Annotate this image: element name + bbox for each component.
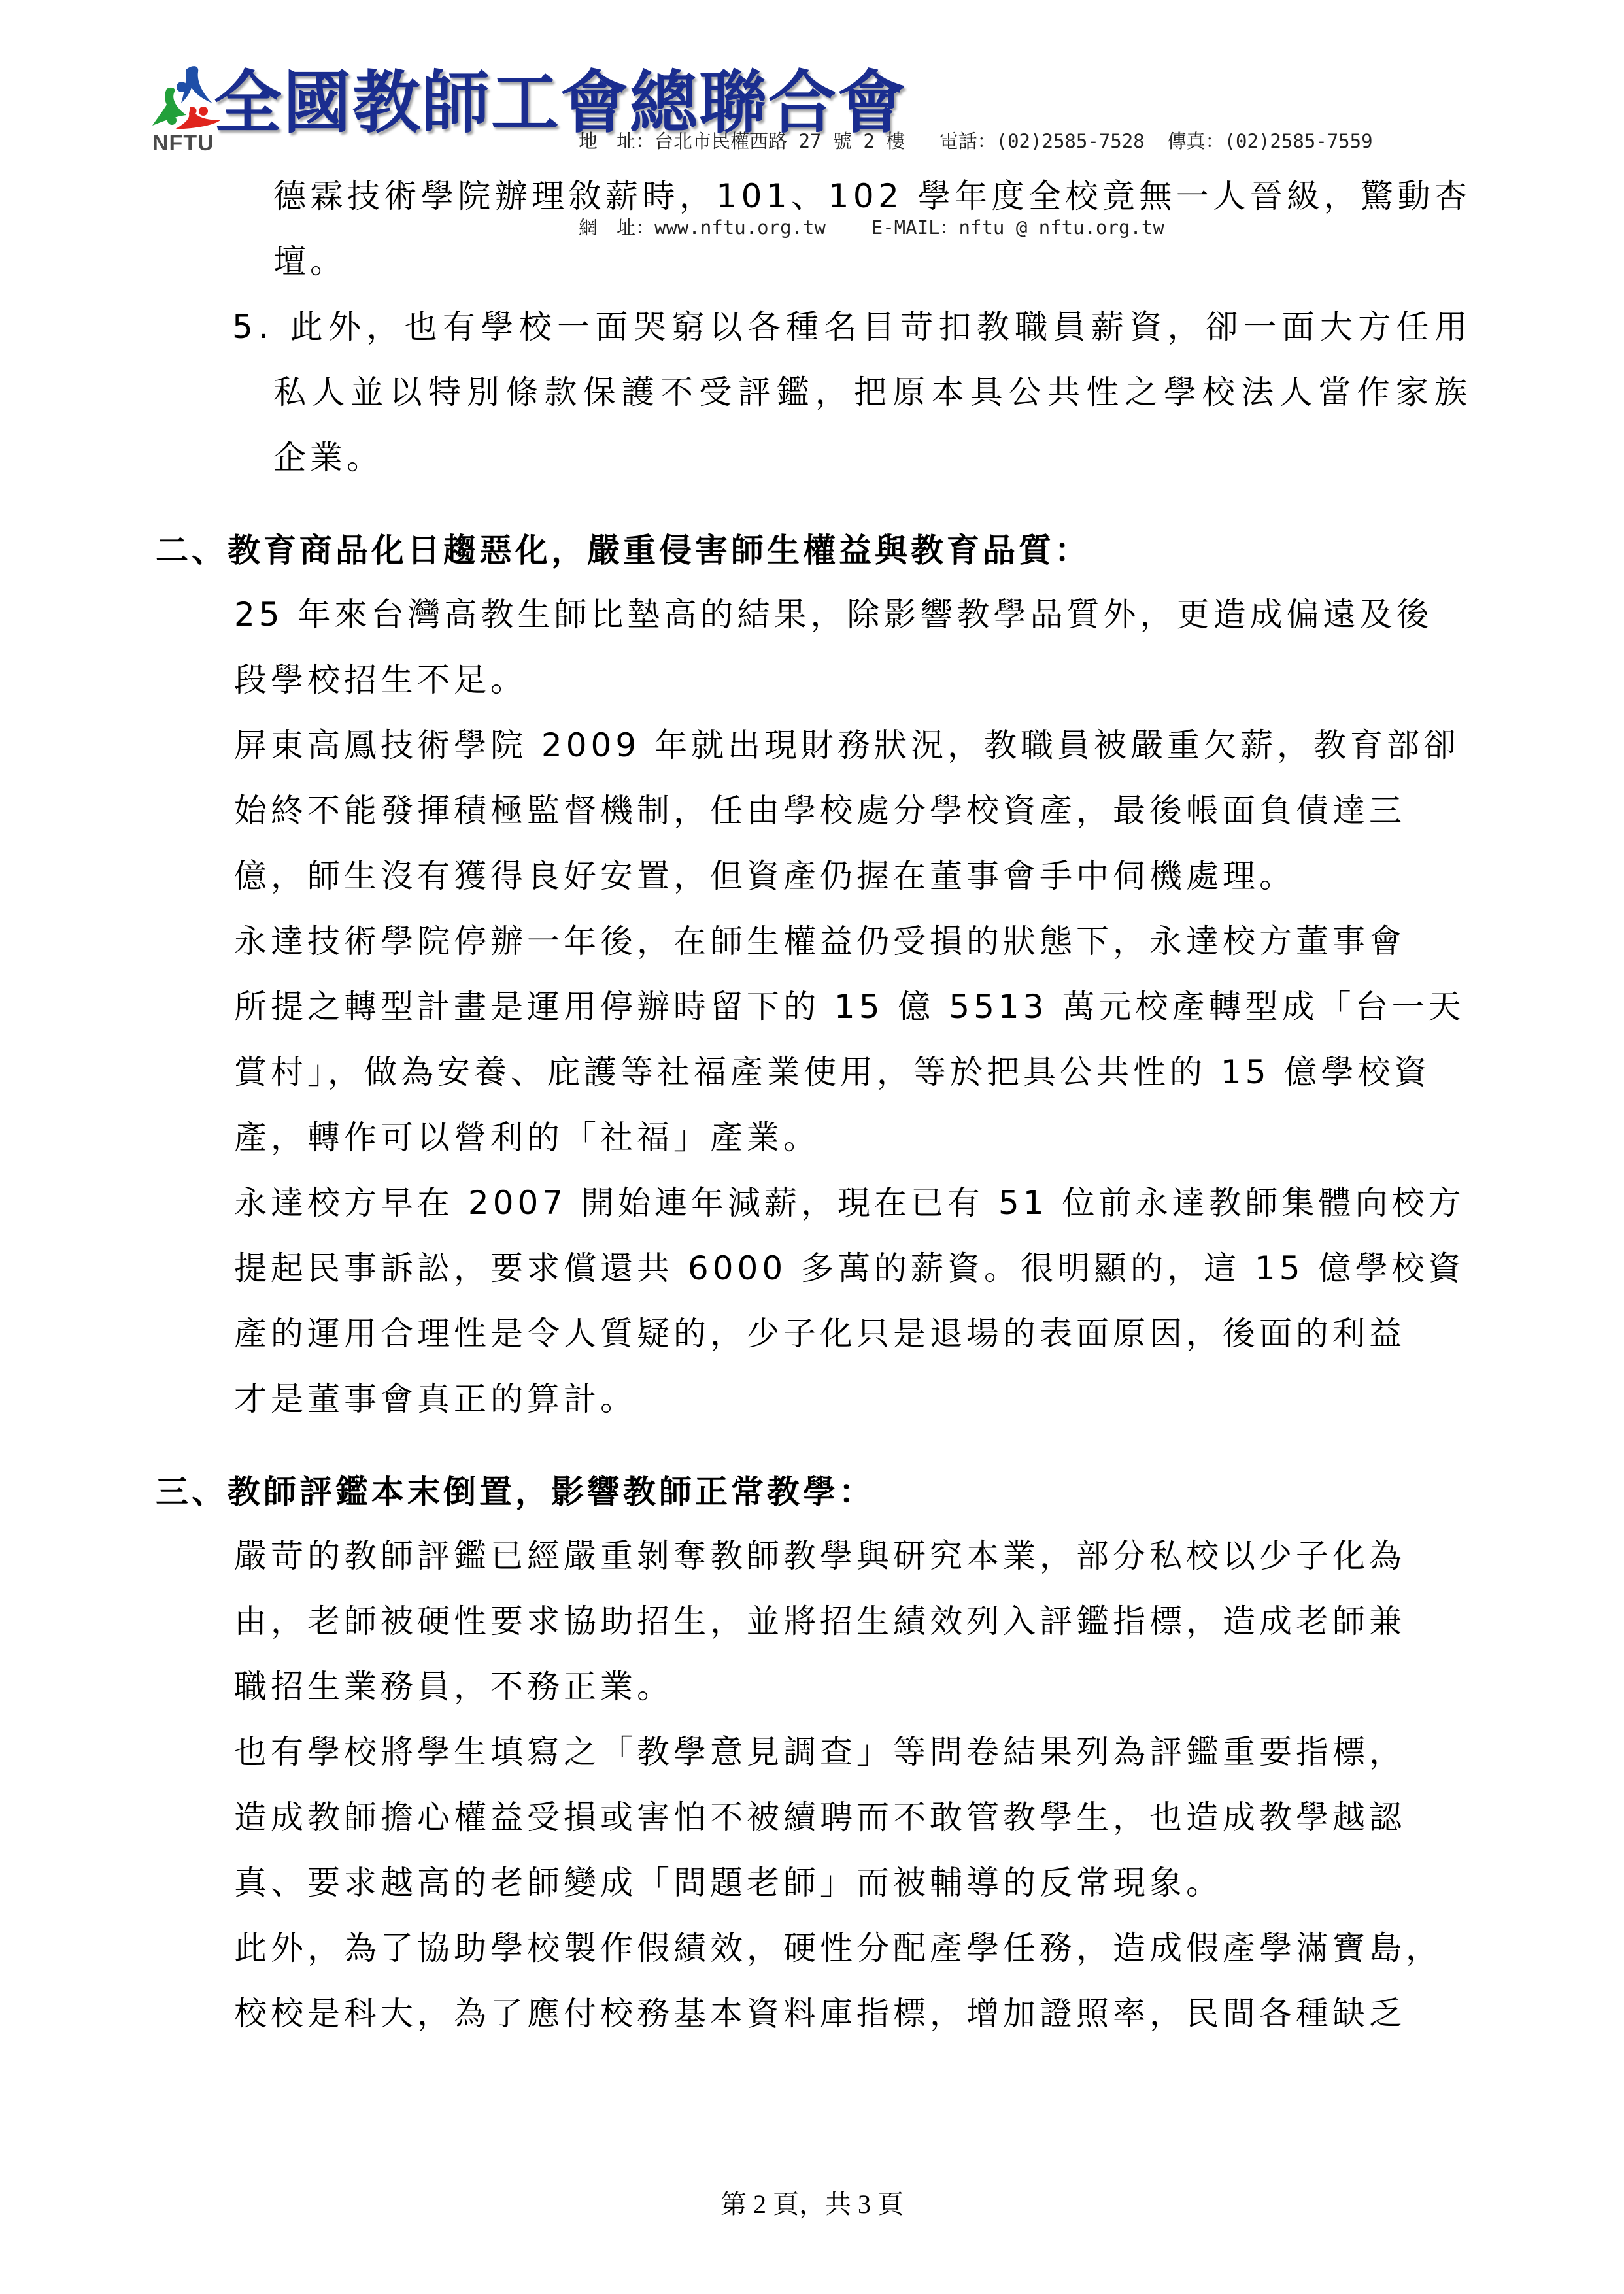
body-text-line: 真、要求越高的老師變成「問題老師」而被輔導的反常現象。 [234, 1863, 1223, 1902]
body-text-line: 企業。 [273, 438, 383, 477]
page-number-footer: 第 2 頁，共 3 頁 [0, 2184, 1624, 2221]
fax-label: 傳真： [1168, 130, 1225, 152]
website-link[interactable]: www.nftu.org.tw [654, 216, 826, 239]
address-label: 地 址： [579, 130, 654, 152]
body-text-line: 校校是科大，為了應付校務基本資料庫指標，增加證照率，民間各種缺乏 [234, 1994, 1406, 2033]
body-text-line: 賞村」，做為安養、庇護等社福產業使用，等於把具公共性的 15 億學校資 [234, 1053, 1430, 1092]
nftu-logo: NFTU 全國教師工會總聯合會 [147, 58, 552, 156]
body-text-line: 永達技術學院停辦一年後，在師生權益仍受損的狀態下，永達校方董事會 [234, 922, 1406, 961]
body-text-line: 提起民事訴訟，要求償還共 6000 多萬的薪資。很明顯的，這 15 億學校資 [234, 1249, 1464, 1288]
body-text-line: 職招生業務員，不務正業。 [234, 1667, 673, 1706]
body-text-line: 此外，為了協助學校製作假績效，硬性分配產學任務，造成假產學滿寶島， [234, 1929, 1442, 1968]
body-text-line: 造成教師擔心權益受損或害怕不被續聘而不敢管教學生，也造成教學越認 [234, 1798, 1406, 1837]
body-text-line: 永達校方早在 2007 開始連年減薪，現在已有 51 位前永達教師集體向校方 [234, 1183, 1464, 1223]
contact-line-address: 地 址：台北市民權西路 27 號 2 樓 電話：(02)2585-7528 傳真… [579, 127, 1373, 156]
body-text-line: 也有學校將學生填寫之「教學意見調查」等問卷結果列為評鑑重要指標， [234, 1732, 1406, 1772]
body-text-line: 壇。 [273, 242, 347, 281]
body-text-line: 5. 此外，也有學校一面哭窮以各種名目苛扣教職員薪資，卻一面大方任用 [232, 307, 1472, 346]
body-text-line: 才是董事會真正的算計。 [234, 1379, 637, 1419]
body-text-line: 嚴苛的教師評鑑已經嚴重剝奪教師教學與研究本業，部分私校以少子化為 [234, 1536, 1406, 1576]
body-text-line: 所提之轉型計畫是運用停辦時留下的 15 億 5513 萬元校產轉型成「台一天 [234, 987, 1464, 1026]
address-value: 台北市民權西路 27 號 2 樓 [654, 130, 905, 152]
section-heading: 三、教師評鑑本末倒置，影響教師正常教學： [156, 1472, 875, 1511]
body-text-line: 始終不能發揮積極監督機制，任由學校處分學校資產，最後帳面負債達三 [234, 791, 1406, 830]
body-text-line: 段學校招生不足。 [234, 660, 527, 700]
phone-value: (02)2585-7528 [996, 130, 1145, 152]
body-text-line: 億，師生沒有獲得良好安置，但資產仍握在董事會手中伺機處理。 [234, 856, 1296, 896]
fax-value: (02)2585-7559 [1225, 130, 1373, 152]
section-heading: 二、教育商品化日趨惡化，嚴重侵害師生權益與教育品質： [156, 531, 1091, 570]
letterhead: NFTU 全國教師工會總聯合會 地 址：台北市民權西路 27 號 2 樓 電話：… [147, 58, 1520, 162]
body-text-line: 由，老師被硬性要求協助招生，並將招生績效列入評鑑指標，造成老師兼 [234, 1602, 1406, 1641]
phone-label: 電話： [939, 130, 996, 152]
body-text-line: 私人並以特別條款保護不受評鑑，把原本具公共性之學校法人當作家族 [273, 373, 1473, 412]
logo-abbreviation: NFTU [152, 131, 214, 156]
email-link[interactable]: nftu @ nftu.org.tw [959, 216, 1164, 239]
body-text-line: 屏東高鳳技術學院 2009 年就出現財務狀況，教職員被嚴重欠薪，教育部卻 [234, 726, 1460, 765]
body-text-line: 產的運用合理性是令人質疑的，少子化只是退場的表面原因，後面的利益 [234, 1314, 1406, 1353]
email-label: E-MAIL： [871, 216, 959, 239]
body-text-line: 25 年來台灣高教生師比墊高的結果，除影響教學品質外，更造成偏遠及後 [234, 595, 1433, 634]
website-label: 網 址： [579, 216, 654, 239]
body-text-line: 產，轉作可以營利的「社福」產業。 [234, 1118, 820, 1157]
body-text-line: 德霖技術學院辦理敘薪時，101、102 學年度全校竟無一人晉級，驚動杏 [273, 177, 1471, 216]
contact-line-web: 網 址：www.nftu.org.tw E-MAIL：nftu @ nftu.o… [579, 213, 1373, 242]
